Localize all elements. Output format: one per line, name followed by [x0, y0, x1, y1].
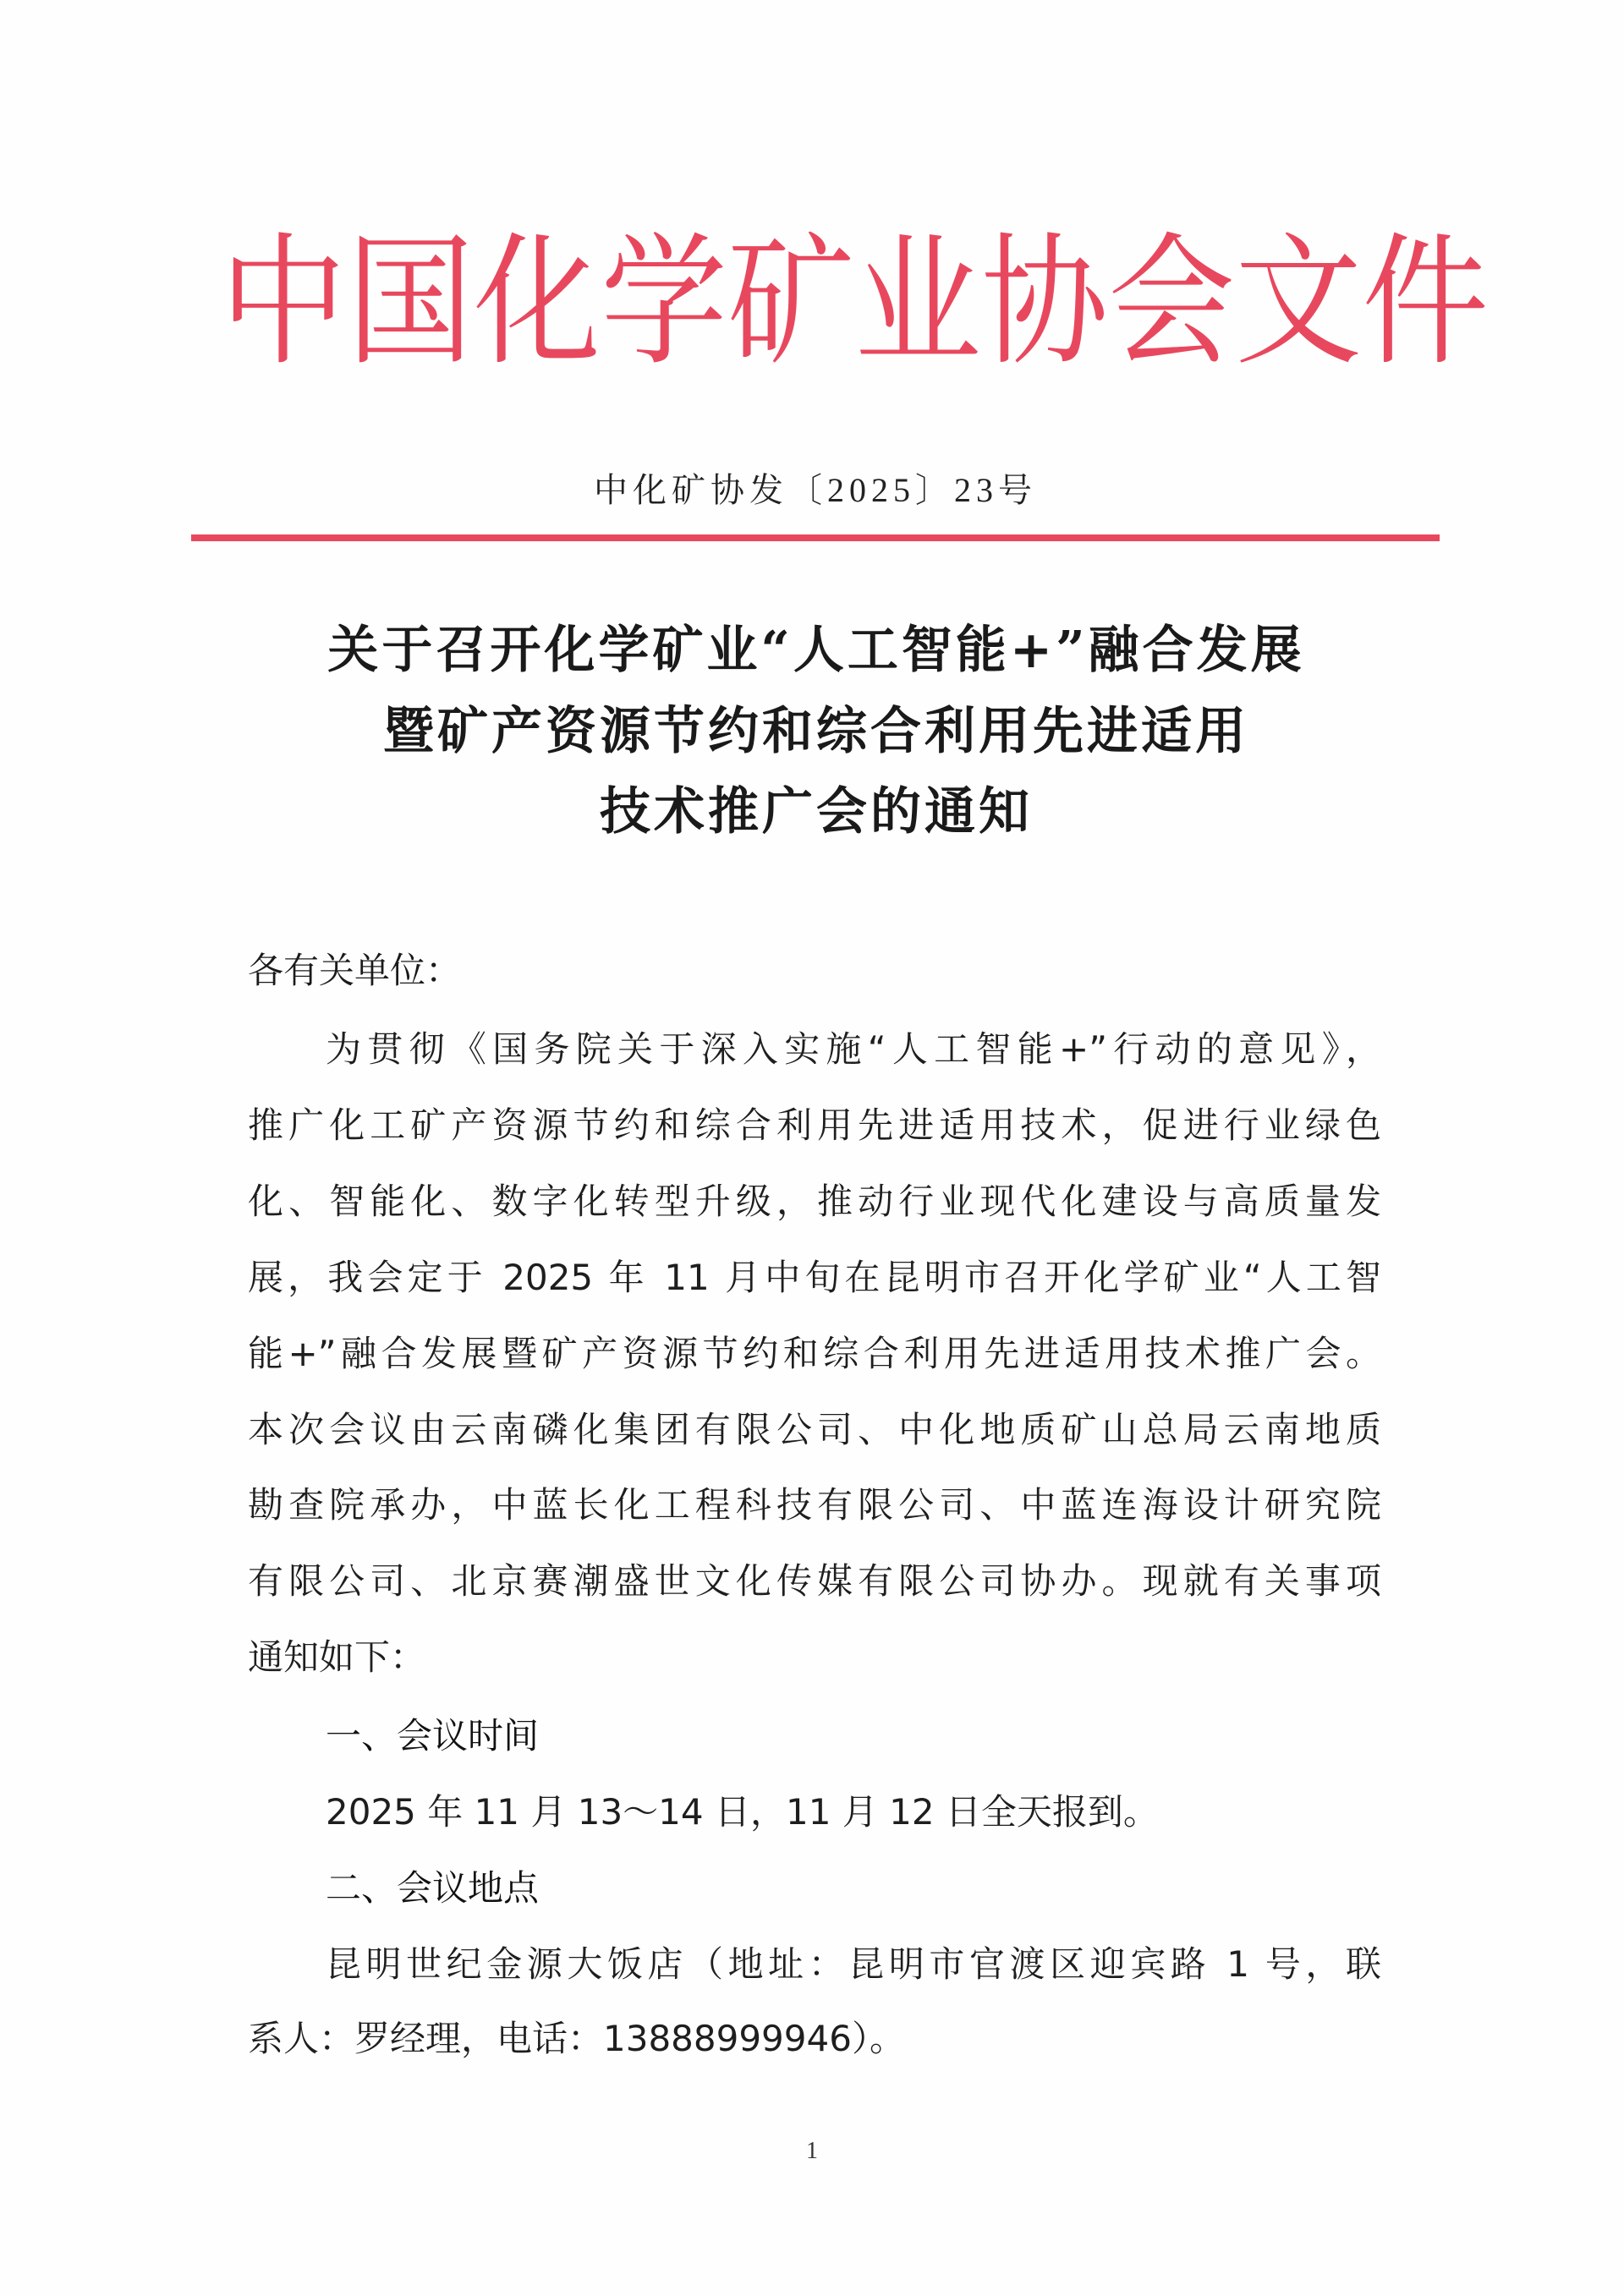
meeting-location-text: 昆明世纪金源大饭店（地址：昆明市官渡区迎宾路 1 号，联 [326, 1941, 1381, 1988]
section-heading-location: 二、会议地点 [326, 1865, 539, 1912]
intro-line: 展，我会定于 2025 年 11 月中旬在昆明市召开化学矿业“人工智 [248, 1254, 1381, 1301]
masthead-char: 会 [1108, 217, 1235, 388]
meeting-time-text: 2025 年 11 月 13～14 日，11 月 12 日全天报到。 [326, 1789, 1381, 1836]
intro-line: 化、智能化、数字化转型升级，推动行业现代化建设与高质量发 [248, 1178, 1381, 1225]
masthead-title: 中 国 化 学 矿 业 协 会 文 件 [220, 227, 1429, 379]
masthead-char: 件 [1362, 217, 1489, 388]
intro-line: 为贯彻《国务院关于深入实施“人工智能+”行动的意见》， [326, 1026, 1381, 1073]
document-page: 中 国 化 学 矿 业 协 会 文 件 中化矿协发〔2025〕23号 关于召开化… [0, 0, 1624, 2296]
masthead-char: 化 [474, 217, 601, 388]
document-number: 中化矿协发〔2025〕23号 [0, 467, 1624, 514]
notice-title-line-1: 关于召开化学矿业“人工智能+”融合发展 [0, 620, 1624, 681]
intro-line: 能+”融合发展暨矿产资源节约和综合利用先进适用技术推广会。 [248, 1330, 1381, 1378]
intro-line: 推广化工矿产资源节约和综合利用先进适用技术，促进行业绿色 [248, 1102, 1381, 1149]
intro-line: 本次会议由云南磷化集团有限公司、中化地质矿山总局云南地质 [248, 1406, 1381, 1454]
red-divider-rule [191, 534, 1440, 541]
masthead-char: 矿 [727, 217, 854, 388]
intro-line: 有限公司、北京赛潮盛世文化传媒有限公司协办。现就有关事项 [248, 1558, 1381, 1605]
notice-title-line-3: 技术推广会的通知 [0, 781, 1624, 842]
intro-line: 通知如下： [248, 1634, 1381, 1681]
masthead-char: 学 [601, 217, 727, 388]
meeting-location-text: 系人：罗经理，电话：13888999946）。 [248, 2015, 1381, 2063]
masthead-char: 业 [854, 217, 981, 388]
masthead-char: 协 [981, 217, 1108, 388]
page-number: 1 [0, 2138, 1624, 2165]
salutation: 各有关单位： [248, 947, 461, 995]
section-heading-time: 一、会议时间 [326, 1712, 539, 1760]
masthead-char: 中 [220, 217, 347, 388]
masthead-char: 国 [347, 217, 474, 388]
intro-line: 勘查院承办，中蓝长化工程科技有限公司、中蓝连海设计研究院 [248, 1482, 1381, 1529]
masthead-char: 文 [1235, 217, 1362, 388]
notice-title-line-2: 暨矿产资源节约和综合利用先进适用 [0, 701, 1624, 762]
